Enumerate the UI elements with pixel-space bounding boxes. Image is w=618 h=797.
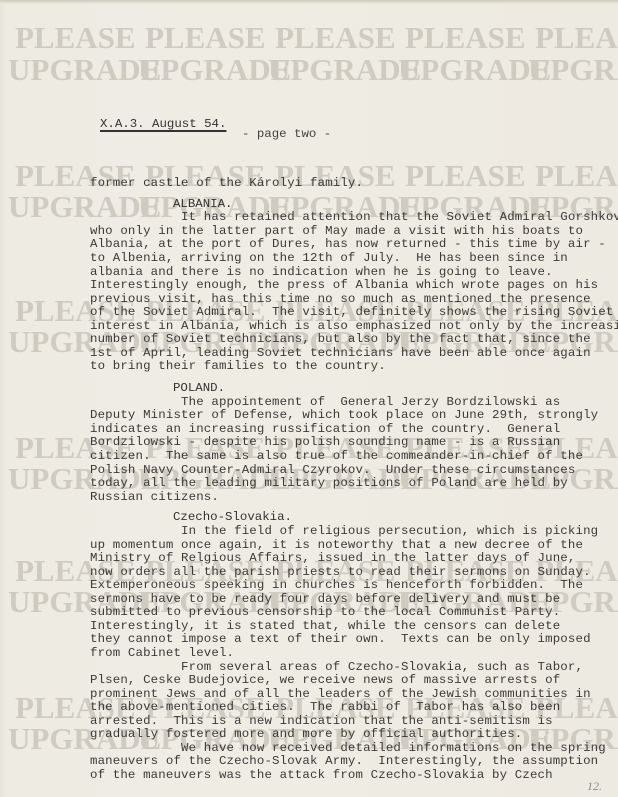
text-line: number of Soviet technicians, but also b… (90, 332, 591, 347)
text-line: former castle of the Károlyi family. (90, 176, 363, 191)
typed-text: X.A.3. August 54. - page two - former ca… (0, 0, 618, 797)
text-line: Ministry of Relgious Affairs, issued in … (90, 551, 575, 566)
document-page: PLEASE PLEASE PLEASE PLEASE PLEASE UPGRA… (0, 0, 618, 797)
text-line: gradually fostered more and more by offi… (90, 727, 522, 742)
text-line: citizen. The same is also true of the co… (90, 449, 583, 464)
page-label: - page two - (242, 127, 331, 141)
text-line: maneuvers of the Czecho-Slovak Army. Int… (90, 754, 598, 769)
text-line: Interestingly enough, the press of Alban… (90, 278, 598, 293)
text-line: today, all the leading military position… (90, 476, 568, 491)
text-line: from Cabinet level. (90, 646, 234, 661)
text-line: Plsen, Ceske Budejovice, we receive news… (90, 673, 560, 688)
section-heading: POLAND. (173, 381, 225, 395)
text-line: Extemperoneous speeking in churches is h… (90, 578, 583, 593)
text-line: Deputy Minister of Defense, which took p… (90, 408, 598, 423)
text-line: to Albenia, arriving on the 12th of July… (90, 251, 568, 266)
text-line: Russian citizens. (90, 490, 219, 505)
section-heading: ALBANIA. (173, 197, 233, 211)
folio-mark: 12. (587, 779, 602, 794)
text-line: of the Soviet Admiral. The visit, defini… (90, 305, 613, 320)
text-line: they cannot impose a text of their own. … (90, 632, 591, 647)
text-line: It has retained attention that the Sovie… (90, 210, 618, 225)
text-line: In the field of religious persecution, w… (90, 524, 598, 539)
section-heading: Czecho-Slovakia. (173, 510, 292, 524)
text-line: the above-mentioned cities. The rabbi of… (90, 700, 560, 715)
text-line: Bordzilowski - despite his polish soundi… (90, 435, 560, 450)
text-line: to bring their families to the country. (90, 359, 386, 374)
document-reference: X.A.3. August 54. (100, 117, 226, 131)
text-line: Albania, at the port of Dures, has now r… (90, 237, 606, 252)
text-line: of the maneuvers was the attack from Cze… (90, 768, 553, 783)
text-line: submitted to previous censorship to the … (90, 605, 560, 620)
